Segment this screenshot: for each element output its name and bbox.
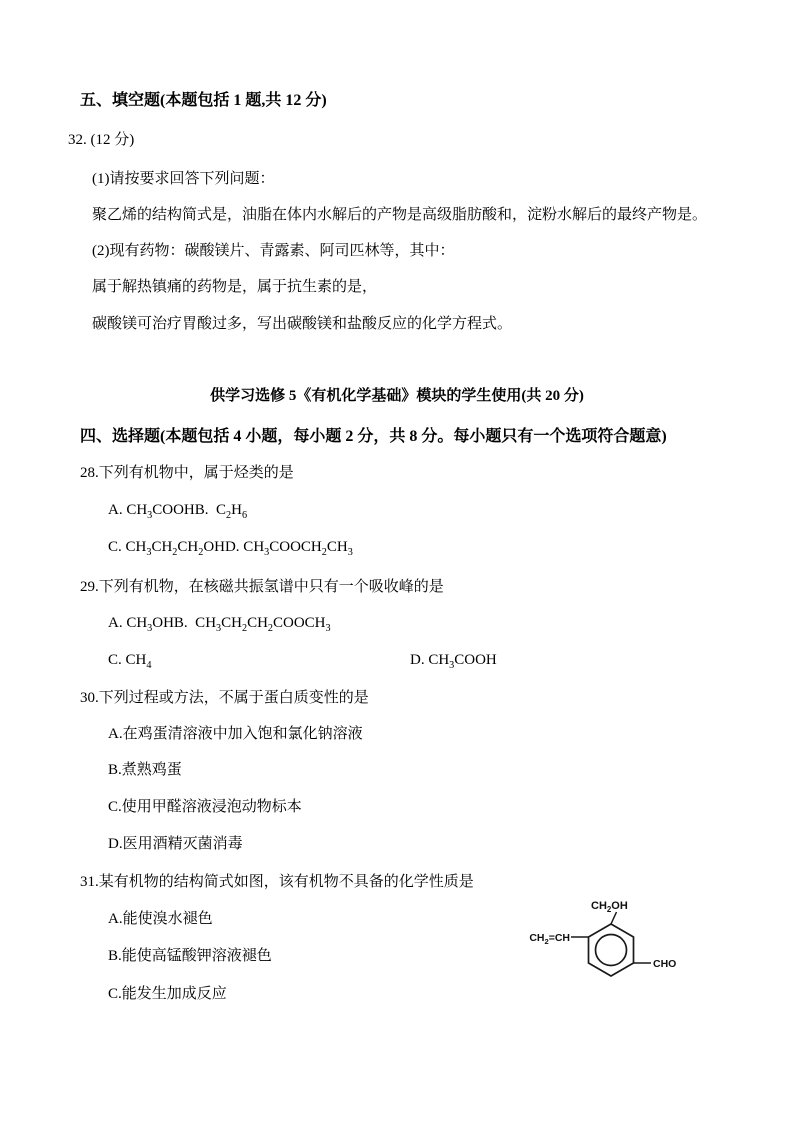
section5-heading: 五、填空题(本题包括 1 题,共 12 分) bbox=[80, 91, 327, 111]
q28-stem: 28.下列有机物中，属于烃类的是 bbox=[80, 463, 294, 483]
q31-stem: 31.某有机物的结构简式如图，该有机物不具备的化学性质是 bbox=[80, 872, 474, 892]
q32-part2-line1: 属于解热镇痛的药物是，属于抗生素的是， bbox=[92, 277, 377, 297]
q30-option-b: B.煮熟鸡蛋 bbox=[108, 760, 182, 780]
q30-stem: 30.下列过程或方法，不属于蛋白质变性的是 bbox=[80, 688, 369, 708]
q29-stem: 29.下列有机物，在核磁共振氢谱中只有一个吸收峰的是 bbox=[80, 577, 444, 597]
q32-part1-body: 聚乙烯的结构简式是，油脂在体内水解后的产物是高级脂肪酸和，淀粉水解后的最终产物是… bbox=[92, 205, 707, 225]
q29-options-ab: A. CH3OHB. CH3CH2CH2COOCH3 bbox=[108, 613, 331, 633]
label-cho: CHO bbox=[653, 958, 676, 970]
q32-part1-intro: (1)请按要求回答下列问题： bbox=[92, 169, 275, 189]
section4-heading: 四、选择题(本题包括 4 小题，每小题 2 分，共 8 分。每小题只有一个选项符… bbox=[80, 427, 667, 447]
q30-option-d: D.医用酒精灭菌消毒 bbox=[108, 834, 243, 854]
document-page: 五、填空题(本题包括 1 题,共 12 分) 32. (12 分) (1)请按要… bbox=[0, 0, 794, 1123]
q32-part2-line2: 碳酸镁可治疗胃酸过多，写出碳酸镁和盐酸反应的化学方程式。 bbox=[92, 314, 512, 334]
q29-option-c: C. CH4 bbox=[108, 650, 151, 670]
q31-option-b: B.能使高锰酸钾溶液褪色 bbox=[108, 946, 272, 966]
bond-to-ch2oh bbox=[611, 912, 617, 924]
module-note: 供学习选修 5《有机化学基础》模块的学生使用(共 20 分) bbox=[0, 386, 794, 406]
label-ch2oh: CH2OH bbox=[591, 900, 628, 914]
q31-option-c: C.能发生加成反应 bbox=[108, 984, 227, 1004]
q28-options-ab: A. CH3COOHB. C2H6 bbox=[108, 500, 247, 520]
q29-option-d: D. CH3COOH bbox=[410, 650, 497, 670]
q28-options-cd: C. CH3CH2CH2OHD. CH3COOCH2CH3 bbox=[108, 537, 353, 557]
benzene-ring bbox=[589, 924, 634, 976]
label-vinyl: CH2=CH bbox=[529, 932, 570, 946]
q30-option-a: A.在鸡蛋清溶液中加入饱和氯化钠溶液 bbox=[108, 724, 363, 744]
molecule-structure-figure: CH2OH CH2=CH CHO bbox=[527, 888, 687, 990]
q32-part2-intro: (2)现有药物：碳酸镁片、青露素、阿司匹林等，其中： bbox=[92, 241, 455, 261]
q31-option-a: A.能使溴水褪色 bbox=[108, 909, 213, 929]
q32-number: 32. (12 分) bbox=[68, 130, 134, 150]
q30-option-c: C.使用甲醛溶液浸泡动物标本 bbox=[108, 797, 302, 817]
